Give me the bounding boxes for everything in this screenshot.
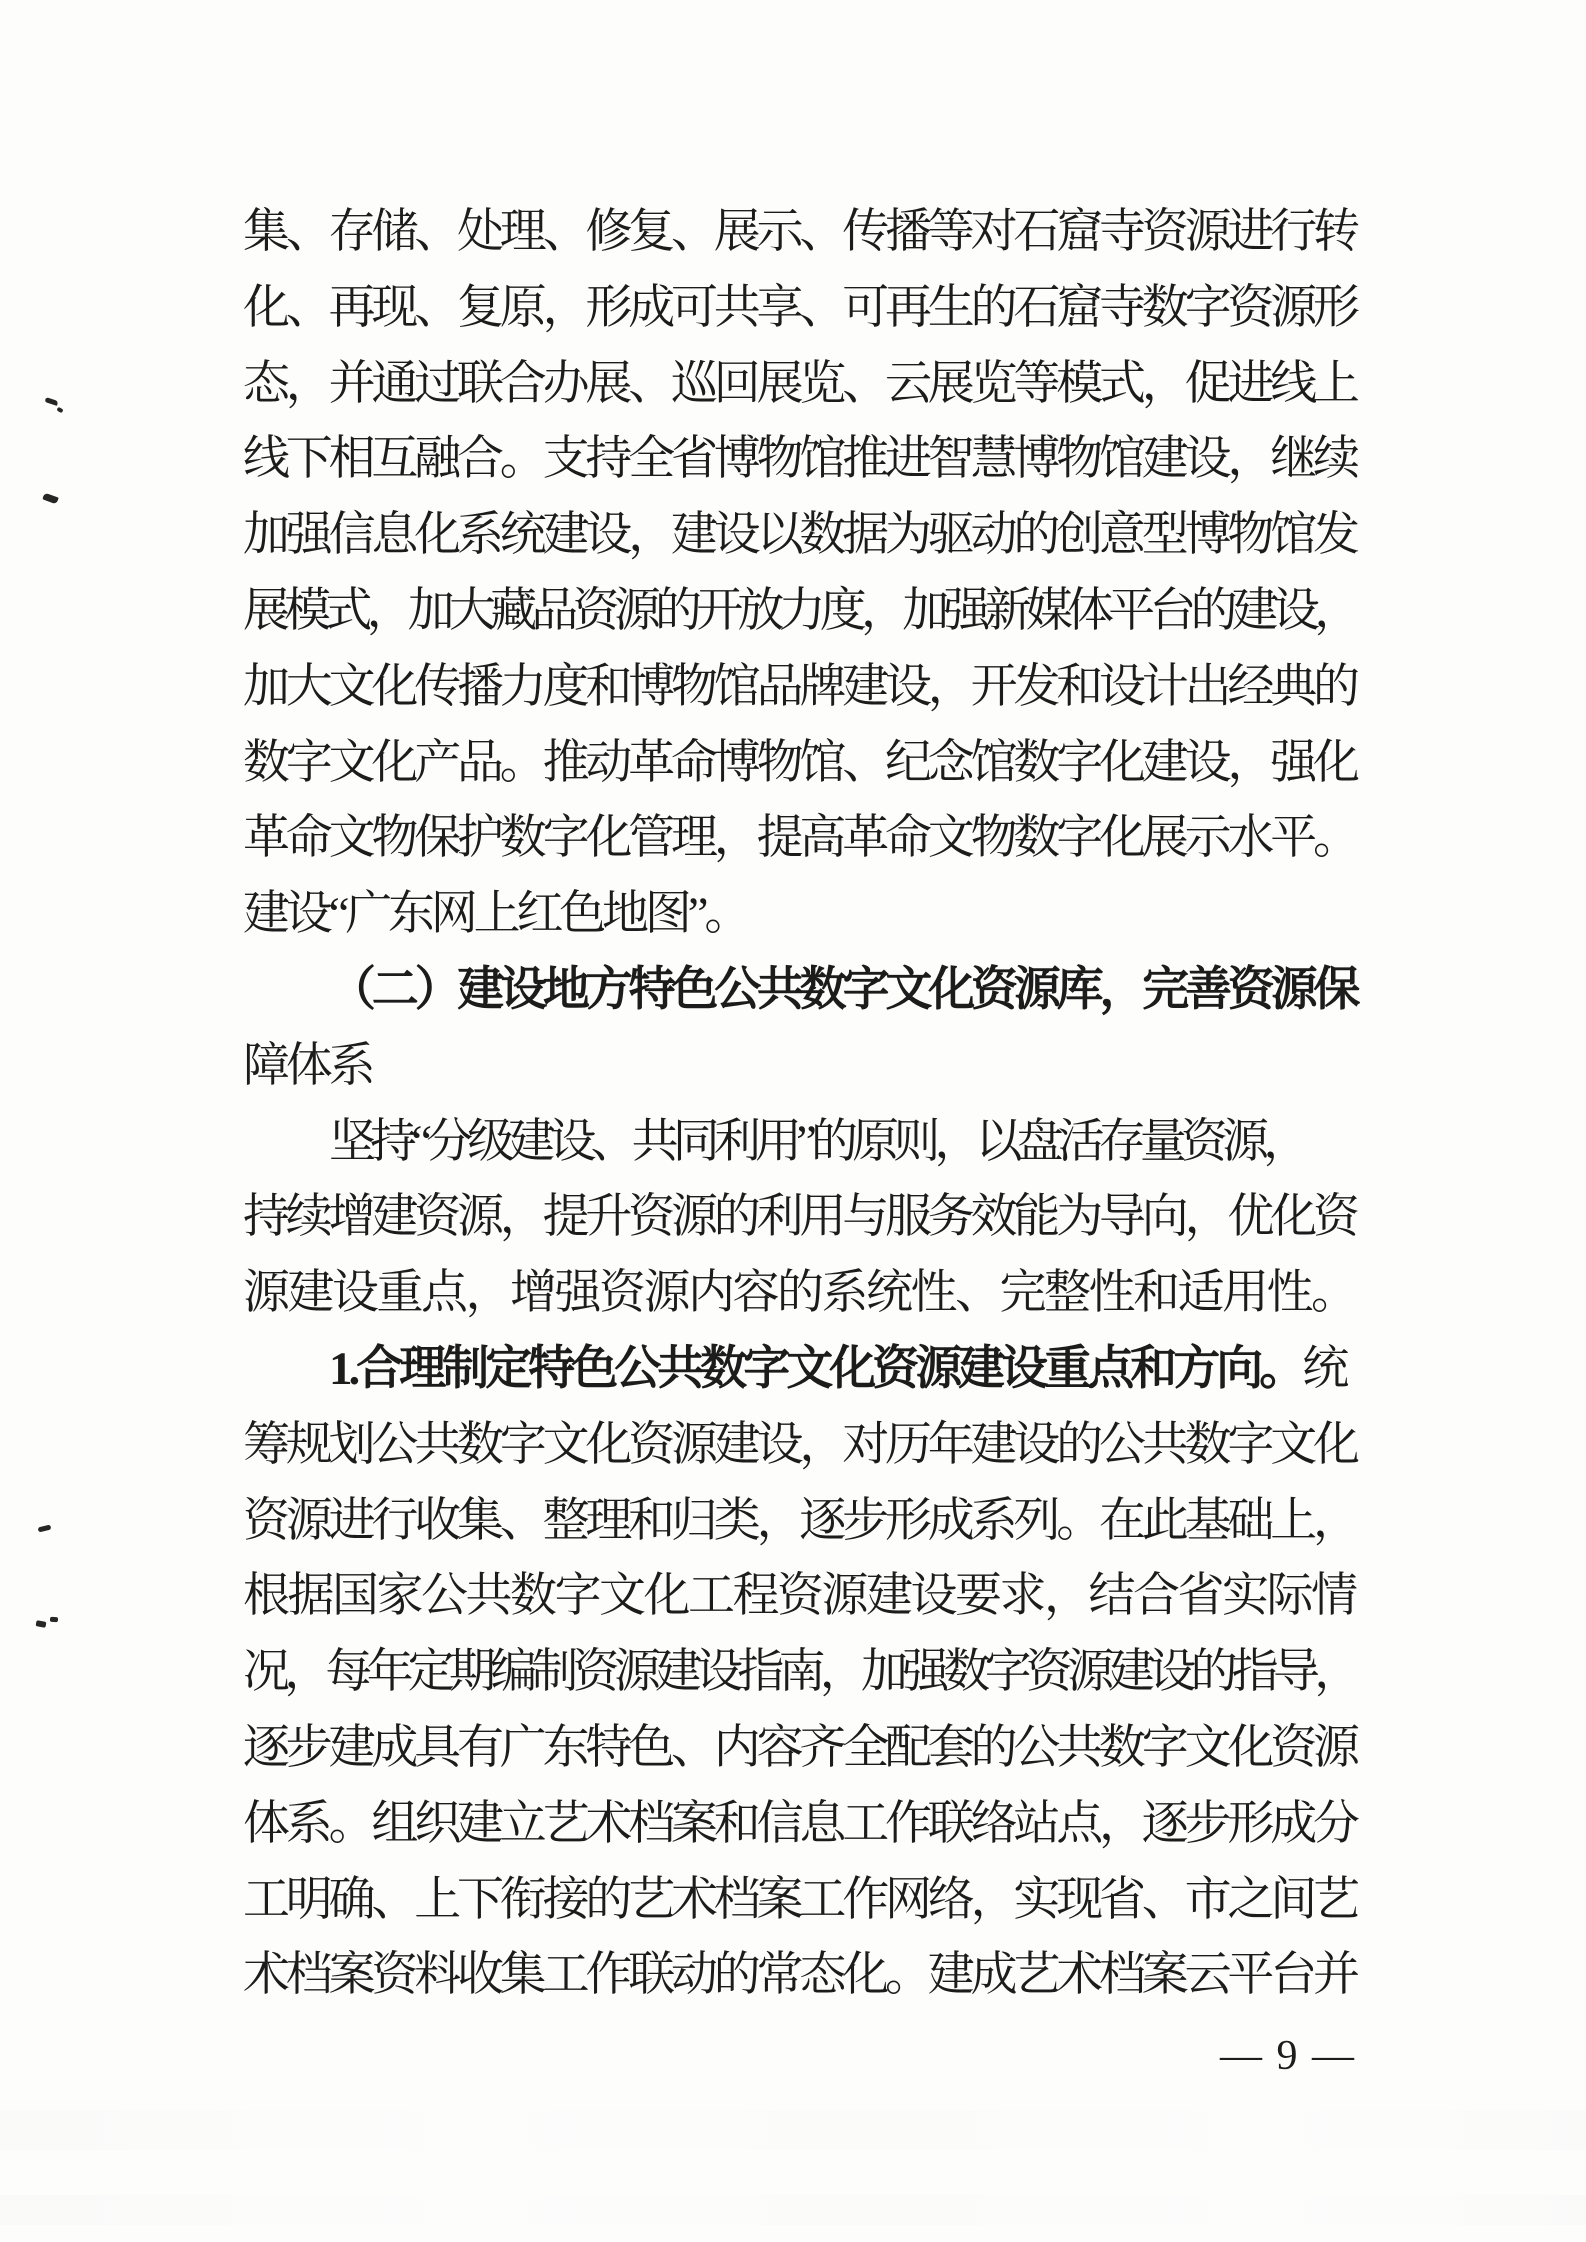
ink-speck bbox=[36, 1620, 47, 1628]
text-line: 坚持“分级建设、共同利用”的原则，以盘活存量资源， bbox=[243, 1105, 1363, 1181]
text-line: 逐步建成具有广东特色、内容齐全配套的公共数字文化资源 bbox=[243, 1711, 1363, 1787]
text-line: 资源进行收集、整理和归类，逐步形成系列。在此基础上， bbox=[243, 1484, 1363, 1560]
ink-speck bbox=[45, 397, 59, 406]
numbered-item-heading-line: 1.合理制定特色公共数字文化资源建设重点和方向。统 bbox=[243, 1332, 1363, 1408]
paragraph-end-line: 建设“广东网上红色地图”。 bbox=[243, 877, 1363, 953]
text-line: 展模式，加大藏品资源的开放力度，加强新媒体平台的建设， bbox=[243, 574, 1363, 650]
page-number: — 9 — bbox=[1220, 2036, 1356, 2076]
section-heading-line-2: 障体系 bbox=[243, 1029, 1363, 1105]
text-line: 加大文化传播力度和博物馆品牌建设，开发和设计出经典的 bbox=[243, 650, 1363, 726]
ink-speck bbox=[42, 493, 58, 505]
numbered-item-heading-tail: 统 bbox=[1302, 1343, 1345, 1395]
text-line: 工明确、上下衔接的艺术档案工作网络，实现省、市之间艺 bbox=[243, 1863, 1363, 1939]
text-line: 线下相互融合。支持全省博物馆推进智慧博物馆建设，继续 bbox=[243, 422, 1363, 498]
text-line: 况，每年定期编制资源建设指南，加强数字资源建设的指导， bbox=[243, 1635, 1363, 1711]
scan-noise-band bbox=[0, 2110, 1586, 2150]
text-line: 根据国家公共数字文化工程资源建设要求，结合省实际情 bbox=[243, 1559, 1363, 1635]
numbered-item-heading-bold: 1.合理制定特色公共数字文化资源建设重点和方向。 bbox=[329, 1343, 1302, 1395]
text-line: 筹规划公共数字文化资源建设，对历年建设的公共数字文化 bbox=[243, 1408, 1363, 1484]
text-line: 化、再现、复原，形成可共享、可再生的石窟寺数字资源形 bbox=[243, 271, 1363, 347]
section-heading-line-1: （二）建设地方特色公共数字文化资源库，完善资源保 bbox=[243, 953, 1363, 1029]
text-line: 数字文化产品。推动革命博物馆、纪念馆数字化建设，强化 bbox=[243, 726, 1363, 802]
ink-speck bbox=[38, 1525, 52, 1533]
scan-noise-band bbox=[0, 2195, 1586, 2225]
text-line: 集、存储、处理、修复、展示、传播等对石窟寺资源进行转 bbox=[243, 195, 1363, 271]
text-line: 态，并通过联合办展、巡回展览、云展览等模式，促进线上 bbox=[243, 347, 1363, 423]
ink-speck bbox=[50, 1617, 58, 1623]
document-body-text: 集、存储、处理、修复、展示、传播等对石窟寺资源进行转 化、再现、复原，形成可共享… bbox=[243, 195, 1363, 2014]
scanned-document-page: { "doc": { "lines": [ { "text": "集、存储、处理… bbox=[0, 0, 1586, 2242]
text-line: 革命文物保护数字化管理，提高革命文物数字化展示水平。 bbox=[243, 801, 1363, 877]
ink-speck bbox=[56, 407, 63, 413]
paragraph-end-line: 源建设重点，增强资源内容的系统性、完整性和适用性。 bbox=[243, 1256, 1363, 1332]
text-line: 持续增建资源，提升资源的利用与服务效能为导向，优化资 bbox=[243, 1180, 1363, 1256]
text-line: 体系。组织建立艺术档案和信息工作联络站点，逐步形成分 bbox=[243, 1787, 1363, 1863]
text-line: 术档案资料收集工作联动的常态化。建成艺术档案云平台并 bbox=[243, 1938, 1363, 2014]
text-line: 加强信息化系统建设，建设以数据为驱动的创意型博物馆发 bbox=[243, 498, 1363, 574]
